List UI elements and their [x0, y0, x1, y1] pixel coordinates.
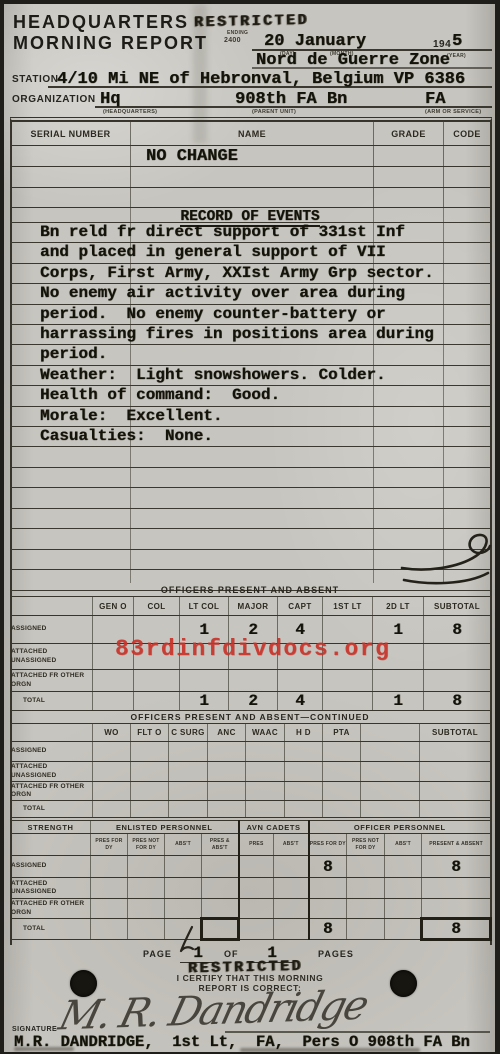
- officers-value: 4: [278, 692, 323, 711]
- restricted-stamp-top: RESTRICTED: [194, 12, 309, 31]
- organization-label: ORGANIZATION: [12, 94, 96, 105]
- strength-row-label: ASSIGNED: [11, 856, 91, 878]
- strength-subcol: PRES NOT FOR DY: [128, 834, 165, 856]
- signature-label: SIGNATURE: [12, 1026, 57, 1033]
- footer-fine-print-smudge: [14, 1047, 74, 1051]
- strength-subcol: PRES NOT FOR DY: [347, 834, 385, 856]
- strength-value: 8: [309, 856, 347, 878]
- events-line: period. No enemy counter-battery or: [10, 305, 490, 325]
- officers-continued-col: WO: [93, 724, 131, 742]
- officers-value: 1: [373, 692, 424, 711]
- officers-value: 2: [229, 692, 278, 711]
- strength-group-officer: OFFICER PERSONNEL: [309, 821, 491, 834]
- ending-time: 2400: [224, 37, 241, 44]
- roster-col-name: NAME: [131, 122, 374, 146]
- table-row: ATTACHED FR OTHER ORGN: [11, 670, 491, 692]
- officers-row-label: ATTACHED FR OTHER ORGN: [11, 670, 93, 692]
- strength-value: 8: [422, 919, 491, 940]
- officers-value: 8: [424, 616, 491, 644]
- strength-subcol: PRES FOR DY: [309, 834, 347, 856]
- table-row: ATTACHED UNASSIGNED: [11, 762, 491, 782]
- strength-table: STRENGTH ENLISTED PERSONNEL AVN CADETS O…: [10, 820, 492, 941]
- officers-continued-col: SUBTOTAL: [420, 724, 491, 742]
- strength-subcol: ABS'T: [274, 834, 309, 856]
- pen-flourish-mark: [398, 528, 493, 586]
- pen-tick-mark: [176, 925, 198, 955]
- page-label: PAGE: [143, 949, 172, 959]
- strength-subcol: ABS'T: [165, 834, 202, 856]
- officers-col: GEN O: [93, 597, 134, 616]
- strength-subcol: PRES FOR DY: [91, 834, 128, 856]
- roster-row: NO CHANGE: [11, 146, 491, 167]
- footer-fine-print-smudge: [240, 1048, 420, 1052]
- strength-label: STRENGTH: [11, 821, 91, 834]
- year-printed: 194: [433, 39, 451, 50]
- table-row: ASSIGNED 8 8: [11, 856, 491, 878]
- roster-col-code: CODE: [444, 122, 491, 146]
- table-row: ASSIGNED: [11, 742, 491, 762]
- org-headquarters-value: Hq: [100, 90, 120, 109]
- events-line: No enemy air activity over area during: [10, 284, 490, 304]
- table-row: TOTAL: [11, 801, 491, 818]
- officers-continued-col: H D: [285, 724, 323, 742]
- strength-subcol: PRESENT & ABSENT: [422, 834, 491, 856]
- report-date: 20 January: [264, 32, 366, 51]
- events-line: Morale: Excellent.: [10, 407, 490, 427]
- officers-header-row: GEN O COL LT COL MAJOR CAPT 1ST LT 2D LT…: [11, 597, 491, 616]
- pages-label: PAGES: [318, 949, 354, 959]
- officers-col: LT COL: [180, 597, 229, 616]
- events-title-row: RECORD OF EVENTS: [10, 206, 490, 223]
- events-line: Casualties: None.: [10, 427, 490, 447]
- roster-entry-name: NO CHANGE: [131, 146, 374, 167]
- events-line: Weather: Light snowshowers. Colder.: [10, 366, 490, 386]
- events-line: Bn reld fr direct support of 331st Inf: [10, 223, 490, 243]
- blank-ruled-row: [10, 488, 490, 509]
- form-title-line2: MORNING REPORT: [13, 33, 208, 54]
- org-parent-unit-sublabel: (PARENT UNIT): [252, 109, 296, 115]
- events-line: Health of command: Good.: [10, 386, 490, 406]
- zone-value: Nord de Guerre Zone: [256, 51, 450, 70]
- officers-col: 2D LT: [373, 597, 424, 616]
- org-arm-sublabel: (ARM OR SERVICE): [425, 109, 481, 115]
- officers-continued-col: PTA: [323, 724, 361, 742]
- officers-continued-table: WO FLT O C SURG ANC WAAC H D PTA SUBTOTA…: [10, 723, 491, 818]
- officers-value: 1: [180, 692, 229, 711]
- blank-ruled-row: [10, 468, 490, 489]
- officers-continued-col: WAAC: [246, 724, 285, 742]
- officers-col: MAJOR: [229, 597, 278, 616]
- officers-continued-col: ANC: [208, 724, 246, 742]
- blank-ruled-row: [10, 447, 490, 468]
- officers-continued-title: OFFICERS PRESENT AND ABSENT—CONTINUED: [10, 712, 490, 722]
- strength-total-box: [202, 919, 239, 940]
- of-label: OF: [224, 949, 239, 959]
- table-row: ATTACHED FR OTHER ORGN: [11, 782, 491, 801]
- strength-subcol: PRES: [239, 834, 274, 856]
- strength-subheader-row: PRES FOR DY PRES NOT FOR DY ABS'T PRES &…: [11, 834, 491, 856]
- officers-col: CAPT: [278, 597, 323, 616]
- officers-col: 1ST LT: [323, 597, 373, 616]
- officers-continued-header-row: WO FLT O C SURG ANC WAAC H D PTA SUBTOTA…: [11, 724, 491, 742]
- roster-row: [11, 167, 491, 188]
- events-line: and placed in general support of VII: [10, 243, 490, 263]
- officers-row-label: ATTACHED UNASSIGNED: [11, 644, 93, 670]
- strength-group-enlisted: ENLISTED PERSONNEL: [91, 821, 239, 834]
- roster-table: SERIAL NUMBER NAME GRADE CODE NO CHANGE: [10, 121, 491, 208]
- events-line: harrassing fires in positions area durin…: [10, 325, 490, 345]
- officers-continued-col: [361, 724, 420, 742]
- officers-continued-col: C SURG: [169, 724, 208, 742]
- events-line: period.: [10, 345, 490, 365]
- org-arm-value: FA: [425, 90, 445, 109]
- punch-hole-right: [390, 970, 417, 997]
- strength-value: 8: [309, 919, 347, 940]
- strength-group-avn-cadets: AVN CADETS: [239, 821, 309, 834]
- strength-value: 8: [422, 856, 491, 878]
- officers-value: 8: [424, 692, 491, 711]
- station-value: 4/10 Mi NE of Hebronval, Belgium VP 6386: [57, 70, 465, 89]
- officers-table-title: OFFICERS PRESENT AND ABSENT: [10, 585, 490, 595]
- ending-label: ENDING: [227, 30, 248, 36]
- roster-header-row: SERIAL NUMBER NAME GRADE CODE: [11, 122, 491, 146]
- blank-ruled-row: [10, 509, 490, 530]
- table-row: ATTACHED FR OTHER ORGN: [11, 899, 491, 919]
- station-label: STATION: [12, 74, 59, 85]
- roster-row: [11, 188, 491, 208]
- org-headquarters-sublabel: (HEADQUARTERS): [103, 109, 157, 115]
- year-typed: 5: [452, 32, 462, 51]
- table-row: ATTACHED UNASSIGNED: [11, 878, 491, 899]
- form-title-line1: HEADQUARTERS: [13, 12, 189, 33]
- officers-continued-row-label: ATTACHED UNASSIGNED: [11, 762, 93, 782]
- roster-col-serial: SERIAL NUMBER: [11, 122, 131, 146]
- table-row: TOTAL 1 2 4 1 8: [11, 692, 491, 711]
- officers-continued-row-label: TOTAL: [11, 801, 93, 818]
- table-row: TOTAL 8 8: [11, 919, 491, 940]
- officers-row-label: ASSIGNED: [11, 616, 93, 644]
- strength-subcol: ABS'T: [385, 834, 422, 856]
- strength-row-label: ATTACHED UNASSIGNED: [11, 878, 91, 899]
- org-parent-unit-value: 908th FA Bn: [235, 90, 347, 109]
- officers-row-label: TOTAL: [11, 692, 93, 711]
- strength-row-label: ATTACHED FR OTHER ORGN: [11, 899, 91, 919]
- strength-group-header-row: STRENGTH ENLISTED PERSONNEL AVN CADETS O…: [11, 821, 491, 834]
- officers-col: SUBTOTAL: [424, 597, 491, 616]
- officers-continued-row-label: ATTACHED FR OTHER ORGN: [11, 782, 93, 801]
- morning-report-scan: HEADQUARTERS MORNING REPORT RESTRICTED E…: [0, 0, 500, 1054]
- watermark-text: 83rdinfdivdocs.org: [115, 636, 390, 662]
- officers-col: COL: [134, 597, 180, 616]
- strength-subcol: PRES & ABS'T: [202, 834, 239, 856]
- events-line: Corps, First Army, XXIst Army Grp sector…: [10, 264, 490, 284]
- roster-col-grade: GRADE: [374, 122, 444, 146]
- officers-continued-row-label: ASSIGNED: [11, 742, 93, 762]
- strength-row-label: TOTAL: [11, 919, 91, 940]
- officers-continued-col: FLT O: [131, 724, 169, 742]
